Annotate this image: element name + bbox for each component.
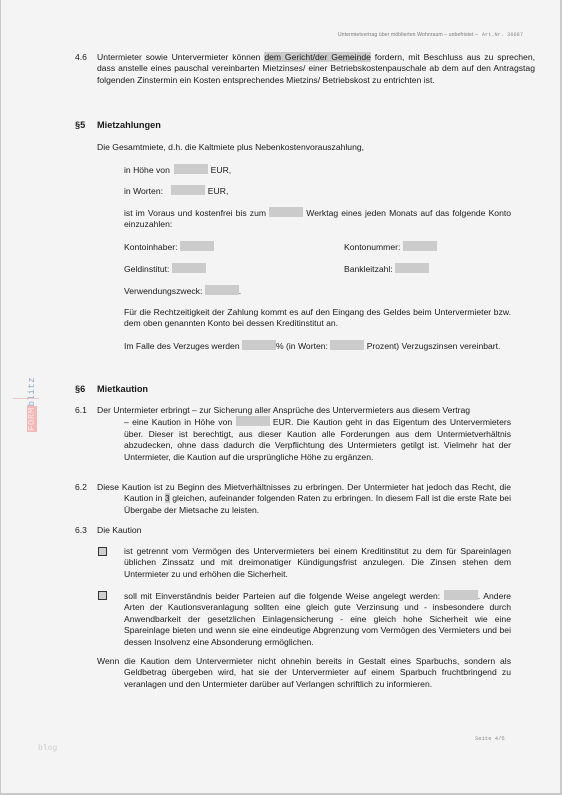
default-before: Im Falle des Verzuges werden xyxy=(124,341,240,351)
interest-words-field[interactable] xyxy=(330,340,364,350)
timeliness-text: Für die Rechtzeitigkeit der Zahlung komm… xyxy=(124,307,511,330)
amount-unit: EUR, xyxy=(211,165,232,175)
deposit-amount-field[interactable] xyxy=(236,416,270,426)
words-label: in Worten: xyxy=(124,186,163,196)
amount-label: in Höhe von xyxy=(124,165,170,175)
section-6-number: §6 xyxy=(75,384,85,394)
purpose-row: Verwendungszweck: . xyxy=(124,285,241,297)
bank-code-label: Bankleitzahl: xyxy=(344,264,393,274)
page-number: Seite 4/5 xyxy=(475,735,505,742)
due-date-text: ist im Voraus und kostenfrei bis zum Wer… xyxy=(124,207,511,231)
default-after: Prozent) Verzugszinsen vereinbart. xyxy=(367,341,501,351)
words-unit: EUR, xyxy=(208,186,229,196)
bank-field[interactable] xyxy=(172,263,206,273)
option-2-before: soll mit Einverständnis beider Parteien … xyxy=(124,591,440,601)
account-number-row: Kontonummer: xyxy=(344,241,437,253)
article-number: Art.Nr. 36687 xyxy=(482,32,523,38)
bank-label: Geldinstitut: xyxy=(124,264,169,274)
option-1-checkbox[interactable] xyxy=(98,547,107,556)
due-day-field[interactable] xyxy=(269,207,303,217)
words-row: in Worten: EUR, xyxy=(124,185,228,197)
footer-logo: blog xyxy=(38,744,57,753)
investment-method-field[interactable] xyxy=(444,590,478,600)
clause-6-1-line1: Der Untermieter erbringt – zur Sicherung… xyxy=(97,405,511,416)
purpose-field[interactable] xyxy=(205,285,239,295)
deposit-before: – eine Kaution in Höhe von xyxy=(124,417,232,427)
clause-text: Untermieter sowie Untervermieter können xyxy=(97,52,264,62)
amount-row: in Höhe von EUR, xyxy=(124,164,231,176)
default-interest-text: Im Falle des Verzuges werden % (in Worte… xyxy=(124,340,511,352)
bank-code-field[interactable] xyxy=(395,263,429,273)
s5-intro: Die Gesamtmiete, d.h. die Kaltmiete plus… xyxy=(97,142,364,153)
default-percent-sign: % (in Worten: xyxy=(276,341,328,351)
purpose-label: Verwendungszweck: xyxy=(124,286,202,296)
section-5-number: §5 xyxy=(75,120,85,130)
clause-6-1-number: 6.1 xyxy=(75,405,87,416)
header-title: Untermietvertrag über möblierten Wohnrau… xyxy=(338,32,478,38)
clause-6-3-title: Die Kaution xyxy=(97,525,141,536)
account-holder-row: Kontoinhaber: xyxy=(124,241,214,253)
account-number-field[interactable] xyxy=(403,241,437,251)
section-6-title: Mietkaution xyxy=(97,384,148,394)
account-number-label: Kontonummer: xyxy=(344,242,400,252)
formblitz-watermark: FORMblitz xyxy=(27,364,39,432)
account-holder-label: Kontoinhaber: xyxy=(124,242,178,252)
page-header: Untermietvertrag über möblierten Wohnrau… xyxy=(1,32,523,38)
bank-row: Geldinstitut: xyxy=(124,263,206,275)
watermark-form: FORM xyxy=(27,406,37,432)
clause-4-6-text: Untermieter sowie Untervermieter können … xyxy=(73,52,535,86)
interest-percent-field[interactable] xyxy=(242,340,276,350)
bank-code-row: Bankleitzahl: xyxy=(344,263,429,275)
option-2-checkbox[interactable] xyxy=(98,591,107,600)
account-holder-field[interactable] xyxy=(180,241,214,251)
clause-6-2-text: Diese Kaution ist zu Beginn des Mietverh… xyxy=(97,482,511,516)
amount-field[interactable] xyxy=(174,164,208,174)
clause-text: gleichen, aufeinander folgenden Raten zu… xyxy=(124,493,511,514)
section-5-title: Mietzahlungen xyxy=(97,120,161,130)
option-1-text: ist getrennt vom Vermögen des Untervermi… xyxy=(124,546,511,580)
document-page: Untermietvertrag über möblierten Wohnrau… xyxy=(1,0,561,793)
option-2-text: soll mit Einverständnis beider Parteien … xyxy=(124,590,511,648)
amount-words-field[interactable] xyxy=(171,185,205,195)
clause-6-3-number: 6.3 xyxy=(75,525,87,536)
watermark-blitz: blitz xyxy=(27,377,37,407)
purpose-suffix: . xyxy=(239,286,241,296)
clause-6-2-number: 6.2 xyxy=(75,482,87,493)
clause-6-1-text: – eine Kaution in Höhe von EUR. Die Kaut… xyxy=(124,416,511,463)
authority-field[interactable]: dem Gericht/der Gemeinde xyxy=(264,52,371,62)
due-before: ist im Voraus und kostenfrei bis zum xyxy=(124,208,266,218)
closing-text: Wenn die Kaution dem Untervermieter nich… xyxy=(97,656,511,690)
